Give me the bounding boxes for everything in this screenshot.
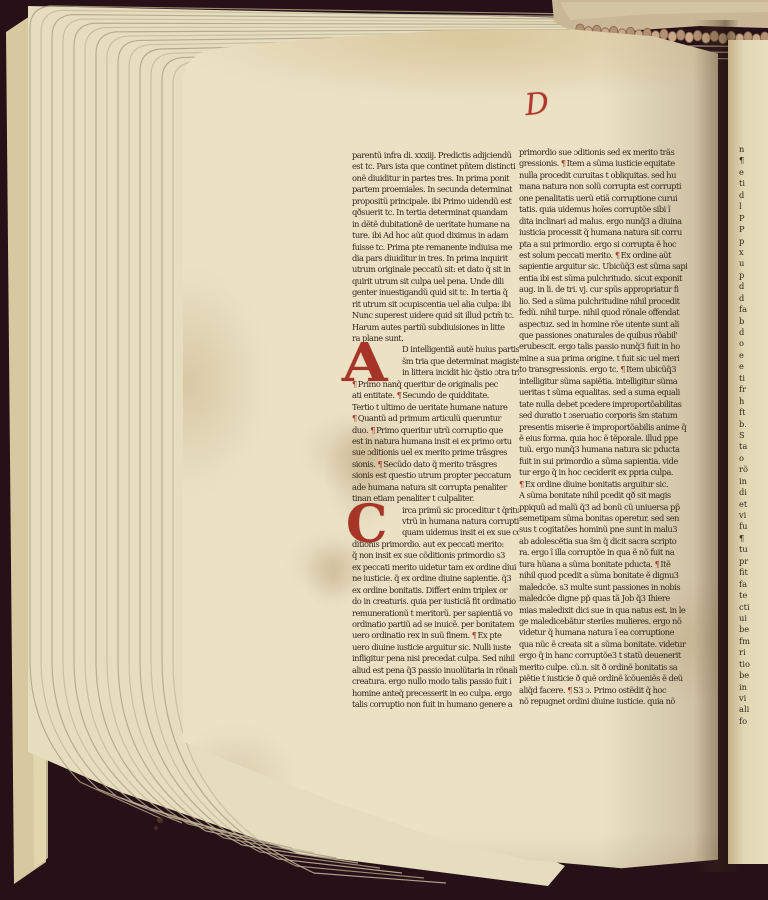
text-line: talis corruptio non fuit in humano gener… <box>352 699 519 710</box>
text-line: one penalitatis uerũ etiã corruptione cu… <box>519 193 703 204</box>
edge-text-line: ta <box>739 441 767 452</box>
edge-text-line: et <box>739 499 767 510</box>
initial-A: A <box>342 339 388 387</box>
text-line: mana natura non solũ corrupta est corrup… <box>519 181 703 192</box>
edge-text-line: fr <box>739 384 767 395</box>
edge-text-line: l <box>739 201 767 212</box>
text-line: fedũ. nihil turpe. nihil quod rõnale off… <box>519 307 703 318</box>
text-line: onẽ diuiditur in partes tres. In prima p… <box>352 173 519 184</box>
text-line: ¶Ex ordine diuine bonitatis arguitur sic… <box>519 479 703 490</box>
edge-text-line: u <box>739 258 767 269</box>
edge-text-line: vi <box>739 693 767 704</box>
text-line: ade humana natura sit corrupta penaliter <box>352 482 519 493</box>
text-line: in dẽtẽ dubitationẽ de ueritate humane n… <box>352 219 519 230</box>
text-line: ne iusticie. q̃ ex ordine diuine sapient… <box>352 573 519 584</box>
edge-text-line: fo <box>739 716 767 727</box>
edge-text-line: x <box>739 247 767 258</box>
text-line: sionis est questio utrum propter peccatu… <box>352 470 519 481</box>
edge-text-line: ui <box>739 613 767 624</box>
text-line: nõ repugnet ordini diuine iusticie. quia… <box>519 696 703 707</box>
text-line: qua nũc ẽ creata sit a sũma bonitate. vi… <box>519 639 703 650</box>
text-line: pta a sui primordio. ergo si corrupta ẽ … <box>519 239 703 250</box>
text-line: merito culpe. cũ.n. sit ð ordinẽ bonitat… <box>519 662 703 673</box>
edge-text-line: fu <box>739 521 767 532</box>
text-line: infligitur pena nisi precedat culpa. Sed… <box>352 653 519 664</box>
foxing-spot <box>157 817 163 823</box>
text-line: Nunc superest uidere quid sit illud pctm… <box>352 310 519 321</box>
edge-text-line: S <box>739 430 767 441</box>
text-line: ueritas t sũma equalitas. sed a suma equ… <box>519 387 703 398</box>
text-line: ex peccati merito uidetur tam ex ordine … <box>352 562 519 573</box>
text-line: to transgressionis. ergo tc. ¶Item ubicũ… <box>519 364 703 375</box>
edge-text-line: ¶ <box>739 533 767 544</box>
text-line: lio. Sed a sũma pulchritudine nihil proc… <box>519 296 703 307</box>
edge-text-line: in <box>739 476 767 487</box>
edge-text-line: fm <box>739 636 767 647</box>
edge-text-line: fit <box>739 567 767 578</box>
edge-text-line: vi <box>739 510 767 521</box>
text-line: est tc. Pars ista que continet pñtem dis… <box>352 161 519 172</box>
edge-text-line: ali <box>739 704 767 715</box>
edge-text-line: ¶ <box>739 155 767 166</box>
edge-text-line: be <box>739 670 767 681</box>
edge-text-line: d <box>739 190 767 201</box>
text-line: sue ɔditionis uel ex merito prime trãsgr… <box>352 447 519 458</box>
text-line: aliq̃d facere. ¶S3 ɔ. Primo ostẽdit q̃ h… <box>519 685 703 696</box>
edge-text-line: h <box>739 396 767 407</box>
edge-text-line: in <box>739 682 767 693</box>
edge-text-line: p <box>739 270 767 281</box>
edge-text-line: fa <box>739 579 767 590</box>
text-line: tur ergo q̃ in hoc ceciderit ex ppria cu… <box>519 467 703 478</box>
text-line: aliud est pena q̃3 passio inuolũtaria in… <box>352 665 519 676</box>
edge-text-line: d <box>739 293 767 304</box>
edge-text-line: o <box>739 453 767 464</box>
text-line: iusticia processit q̃ humana natura sit … <box>519 227 703 238</box>
edge-text-line: fa <box>739 304 767 315</box>
text-line: erubescit. ergo talis passio nunq̃3 fuit… <box>519 341 703 352</box>
edge-text-line: tu <box>739 544 767 555</box>
text-line: presentis miserie ẽ improportõabilis ani… <box>519 422 703 433</box>
edge-text-line: d <box>739 281 767 292</box>
text-line: est solum peccati merito. ¶Ex ordine aũt <box>519 250 703 261</box>
edge-text-line: di <box>739 487 767 498</box>
text-line: mias maledixit dici sue in qua natus est… <box>519 605 703 616</box>
text-line: ¶Quantũ ad primum articulũ queruntur <box>352 413 519 424</box>
edge-text-line: be <box>739 624 767 635</box>
text-column-right: primordio sue ɔditionis sed ex merito tr… <box>519 147 703 713</box>
left-page: D parentũ infra di. xxxiij. Predictis ad… <box>183 20 718 882</box>
folio-letter-ornament: D <box>523 89 550 121</box>
edge-text-line: d <box>739 327 767 338</box>
text-line: quirit utrum sit culpa uel pena. Unde di… <box>352 276 519 287</box>
edge-text-line: ri <box>739 647 767 658</box>
text-line: primordio sue ɔditionis sed ex merito tr… <box>519 147 703 158</box>
text-line: nihil quod pcedit a sũma bonitate ẽ dign… <box>519 570 703 581</box>
text-line: ergo q̃ in hanc corruptõe3 t statũ deuen… <box>519 650 703 661</box>
edge-text-line: ti <box>739 178 767 189</box>
text-line: uero diuine iusticie arguitur sic. Nulli… <box>352 642 519 653</box>
text-line: ge maledicebãtur steriles mulieres. ergo… <box>519 616 703 627</box>
text-line: partem proemiales. In secunda determinat <box>352 184 519 195</box>
text-line: ẽ eius forma. quia hoc ẽ tẽporale. illud… <box>519 433 703 444</box>
edge-text-line: rõ <box>739 464 767 475</box>
initial-C: C <box>346 502 387 548</box>
edge-text-line: tio <box>739 659 767 670</box>
edge-text-line: pr <box>739 556 767 567</box>
edge-text-line: o <box>739 338 767 349</box>
text-line: gressionis. ¶Item a sũma iusticie equita… <box>519 158 703 169</box>
facing-page-edge-text: n¶etidlPPpxupddfabdoeetifrhftb.Staorõind… <box>739 144 767 727</box>
text-line: ture. ibi Ad hoc aũt quod diximus in ada… <box>352 230 519 241</box>
text-line: maledcõe. s3 multe sunt passiones in nob… <box>519 582 703 593</box>
text-line: ordinatio partiũ ad se inuicẽ. per bonit… <box>352 619 519 630</box>
edge-text-line: P <box>739 224 767 235</box>
edge-text-line: P <box>739 213 767 224</box>
text-line: homine anteq̃ precesserit in eo culpa. e… <box>352 688 519 699</box>
text-line: est in natura humana insit ei ex primo o… <box>352 436 519 447</box>
text-line: tatis. quia uidemus hoĩes corruptõe sibi… <box>519 204 703 215</box>
text-line: aspectuz. sed in homine rõe utente sunt … <box>519 319 703 330</box>
text-line: ab adolescẽtia sua s̃m q̃ dicit sacra sc… <box>519 536 703 547</box>
text-line: piẽtie t iusticie ð quẽ ordinẽ ĩcõueniẽs… <box>519 673 703 684</box>
text-line: sus t cogitatões hominũ pne sunt in malu… <box>519 524 703 535</box>
text-line: aug. in li. de tri. vj. cur spũs appropr… <box>519 284 703 295</box>
text-line: videtur q̃ humana natura ĩ ea corruption… <box>519 627 703 638</box>
edge-text-line: e <box>739 167 767 178</box>
text-line: que passiones ɔnaturales de quibus rõabi… <box>519 330 703 341</box>
open-book-photograph: D parentũ infra di. xxxiij. Predictis ad… <box>0 0 768 900</box>
text-line: semetipam sũma bonitas operetur. sed sen <box>519 513 703 524</box>
text-line: fuit in sui primordio a sũma sapientia. … <box>519 456 703 467</box>
edge-text-line: ft <box>739 407 767 418</box>
edge-text-line: ti <box>739 373 767 384</box>
text-line: uero ordinatio rex in suũ finem. ¶Ex pte <box>352 630 519 641</box>
text-line: tuũ. ergo nunq̃3 humana natura sic pduct… <box>519 444 703 455</box>
edge-text-line: cti <box>739 602 767 613</box>
text-line: Tertio t ultimo de ueritate humane natur… <box>352 402 519 413</box>
text-line: nulla procedit curuitas t obliquitas. se… <box>519 170 703 181</box>
edge-text-line: e <box>739 361 767 372</box>
text-line: A sũma bonitate nihil pcedit qð sit magi… <box>519 490 703 501</box>
text-line: utrum originale peccatũ sit: et dato q̃ … <box>352 264 519 275</box>
facing-page-sliver: n¶etidlPPpxupddfabdoeetifrhftb.Staorõind… <box>728 40 768 864</box>
text-line: ex ordine bonitatis. Differt enim triple… <box>352 585 519 596</box>
text-line: sapientie arguitur sic. Ubicũq̃3 est sũm… <box>519 261 703 272</box>
text-line: mine a sua prima origine. t fuit sic uel… <box>519 353 703 364</box>
text-line: dita inclinari ad malus. ergo nunq̃3 a d… <box>519 216 703 227</box>
text-line: sed duratio t ɔseruatio corporis s̃m sta… <box>519 410 703 421</box>
text-line: do in creaturis. quia per iusticiã fit o… <box>352 596 519 607</box>
edge-text-line: e <box>739 350 767 361</box>
text-line: dia pars diuiditur in tres. In prima inq… <box>352 253 519 264</box>
text-line: tate nulla debet pcedere improportõabili… <box>519 399 703 410</box>
text-line: rit utrum sit ɔcupiscentia uel alia culp… <box>352 299 519 310</box>
text-line: fuisse tc. Prima pte remanente indiuisa … <box>352 242 519 253</box>
text-line: qðsuerit tc. In tertia determinat quanda… <box>352 207 519 218</box>
text-line: ppiquũ ad malũ q̃3 ad bonũ cũ uniuersa p… <box>519 502 703 513</box>
text-line: tura hũana a sũma bonitate pducta. ¶Itẽ <box>519 559 703 570</box>
text-line: creatura. ergo nullo modo talis passio f… <box>352 676 519 687</box>
edge-text-line: b <box>739 316 767 327</box>
edge-text-line: b. <box>739 419 767 430</box>
text-line: propositũ principale. ibi Primo uidendũ … <box>352 196 519 207</box>
text-line: ra. ergo ĩ illa corruptõe in qua ẽ nõ fu… <box>519 547 703 558</box>
text-line: intelligitur sũma sapiẽtia. intelligitur… <box>519 376 703 387</box>
text-line: genter inuestigandũ quid sit tc. In tert… <box>352 287 519 298</box>
edge-text-line: p <box>739 236 767 247</box>
text-line: sionis. ¶Secũdo dato q̃ merito trãsgres <box>352 459 519 470</box>
text-line: maledcõe digne pp̃ quas tã Job q̃3 Ihier… <box>519 593 703 604</box>
text-line: parentũ infra di. xxxiij. Predictis adij… <box>352 150 519 161</box>
edge-text-line: te <box>739 590 767 601</box>
text-line: remunerationũ t meritorũ. per sapientiã … <box>352 608 519 619</box>
text-column-left: parentũ infra di. xxxiij. Predictis adij… <box>352 150 519 714</box>
text-line: entia ibi est sũma pulchritudo. sicut ex… <box>519 273 703 284</box>
text-line: duo. ¶Primo queritur utrũ corruptio que <box>352 425 519 436</box>
edge-text-line: n <box>739 144 767 155</box>
